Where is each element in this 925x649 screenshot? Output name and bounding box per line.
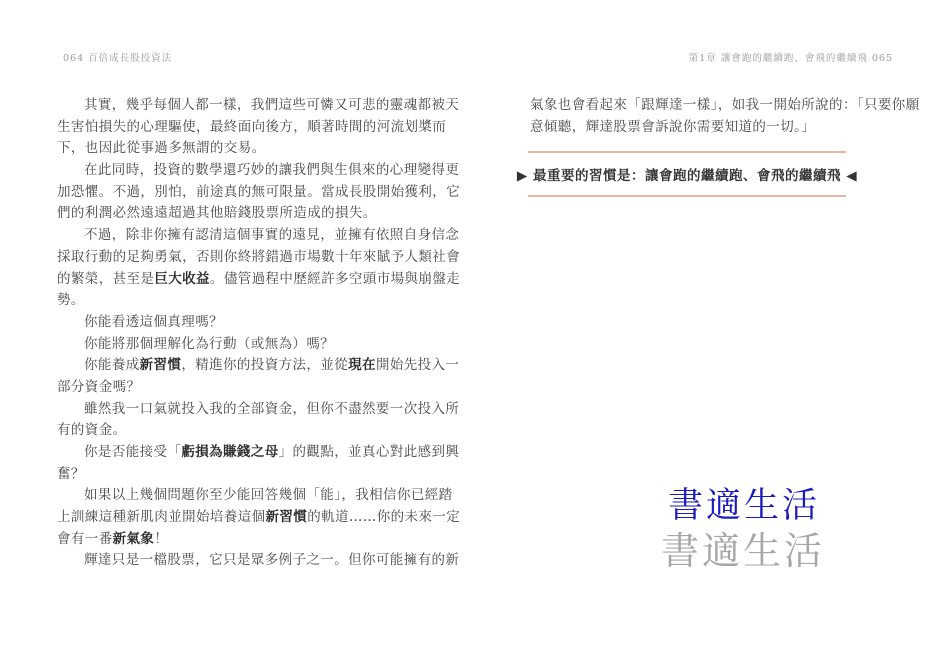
left-running-head: 064 百倍成長股投資法	[63, 50, 172, 64]
text-line: 意傾聽，輝達股票會訴說你需要知道的一切。」	[530, 117, 900, 139]
text-line: 你能將那個理解化為行動（或無為）嗎？	[57, 334, 437, 356]
text-line: 如果以上幾個問題你至少能回答幾個「能」，我相信你已經踏	[57, 485, 437, 507]
right-page-text: 氣象也會看起來「跟輝達一樣」，如我一開始所說的：「只要你願意傾聽，輝達股票會訴說…	[530, 95, 900, 138]
text-line: 輝達只是一檔股票，它只是眾多例子之一。但你可能擁有的新	[57, 550, 437, 572]
text-line: 部分資金嗎？	[57, 377, 437, 399]
watermark-gray: 書適生活	[661, 520, 825, 575]
key-habit-callout-text: ▶ 最重要的習慣是：讓會跑的繼續跑、會飛的繼續飛 ◀	[517, 164, 857, 184]
text-line: 上訓練這種新肌肉並開始培養這個新習慣的軌道……你的未來一定	[57, 507, 437, 529]
text-line: 你能看透這個真理嗎？	[57, 312, 437, 334]
text-line: 不過，除非你擁有認清這個事實的遠見，並擁有依照自身信念	[57, 225, 437, 247]
text-line: 勢。	[57, 290, 437, 312]
text-line: 你能養成新習慣，精進你的投資方法，並從現在開始先投入一	[57, 355, 437, 377]
text-line: 其實，幾乎每個人都一樣，我們這些可憐又可悲的靈魂都被天	[57, 95, 437, 117]
text-line: 生害怕損失的心理驅使，最終面向後方，順著時間的河流划槳而	[57, 117, 437, 139]
book-spread: 064 百倍成長股投資法 第1章 讓會跑的繼續跑、會飛的繼續飛 065 其實，幾…	[0, 0, 925, 649]
text-line: 在此同時，投資的數學還巧妙的讓我們與生俱來的心理變得更	[57, 160, 437, 182]
text-line: 有的資金。	[57, 420, 437, 442]
key-habit-callout: ▶ 最重要的習慣是：讓會跑的繼續跑、會飛的繼續飛 ◀	[528, 151, 846, 197]
text-line: 加恐懼。不過，別怕，前途真的無可限量。當成長股開始獲利，它	[57, 182, 437, 204]
text-line: 採取行動的足夠勇氣，否則你終將錯過市場數十年來賦予人類社會	[57, 247, 437, 269]
text-line: 氣象也會看起來「跟輝達一樣」，如我一開始所說的：「只要你願	[530, 95, 900, 117]
text-line: 雖然我一口氣就投入我的全部資金，但你不盡然要一次投入所	[57, 399, 437, 421]
text-line: 你是否能接受「虧損為賺錢之母」的觀點，並真心對此感到興	[57, 442, 437, 464]
text-line: 奮？	[57, 464, 437, 486]
text-line: 會有一番新氣象！	[57, 529, 437, 551]
right-running-head: 第1章 讓會跑的繼續跑、會飛的繼續飛 065	[689, 50, 893, 64]
text-line: 下，也因此從事過多無謂的交易。	[57, 138, 437, 160]
text-line: 們的利潤必然遠遠超過其他賠錢股票所造成的損失。	[57, 203, 437, 225]
left-page-text: 其實，幾乎每個人都一樣，我們這些可憐又可悲的靈魂都被天生害怕損失的心理驅使，最終…	[57, 95, 437, 572]
text-line: 的繁榮，甚至是巨大收益。儘管過程中歷經許多空頭市場與崩盤走	[57, 269, 437, 291]
